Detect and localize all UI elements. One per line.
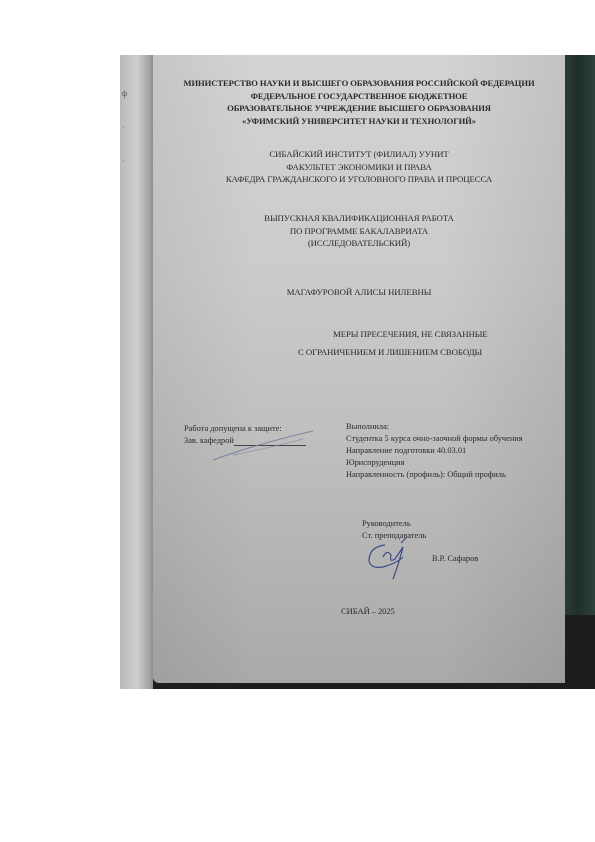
institute-line: СИБАЙСКИЙ ИНСТИТУТ (ФИЛИАЛ) УУНИТ bbox=[153, 148, 565, 161]
performed-by-label: Выполнила: bbox=[346, 421, 523, 433]
header-line: МИНИСТЕРСТВО НАУКИ И ВЫСШЕГО ОБРАЗОВАНИЯ… bbox=[153, 77, 565, 90]
student-course: Студентка 5 курса очно-заочной формы обу… bbox=[346, 433, 523, 445]
institute-block: СИБАЙСКИЙ ИНСТИТУТ (ФИЛИАЛ) УУНИТ ФАКУЛЬ… bbox=[153, 148, 565, 186]
header-line: ФЕДЕРАЛЬНОЕ ГОСУДАРСТВЕННОЕ БЮДЖЕТНОЕ bbox=[153, 90, 565, 103]
left-facing-page-edge: ф·· bbox=[120, 55, 153, 689]
title-page-photo: ф·· МИНИСТЕРСТВО НАУКИ И ВЫСШЕГО ОБРАЗОВ… bbox=[120, 55, 595, 689]
green-binder-background bbox=[565, 55, 595, 615]
institute-line: КАФЕДРА ГРАЖДАНСКОГО И УГОЛОВНОГО ПРАВА … bbox=[153, 173, 565, 186]
work-type-line: ПО ПРОГРАММЕ БАКАЛАВРИАТА bbox=[153, 225, 565, 238]
header-line: ОБРАЗОВАТЕЛЬНОЕ УЧРЕЖДЕНИЕ ВЫСШЕГО ОБРАЗ… bbox=[153, 102, 565, 115]
work-type-line: (ИССЛЕДОВАТЕЛЬСКИЙ) bbox=[153, 237, 565, 250]
ministry-header: МИНИСТЕРСТВО НАУКИ И ВЫСШЕГО ОБРАЗОВАНИЯ… bbox=[153, 77, 565, 127]
specialty: Юриспруденция bbox=[346, 457, 523, 469]
work-type-block: ВЫПУСКНАЯ КВАЛИФИКАЦИОННАЯ РАБОТА ПО ПРО… bbox=[153, 212, 565, 250]
supervisor-label: Руководитель bbox=[362, 518, 426, 530]
supervisor-signature-icon bbox=[363, 533, 423, 583]
profile: Направленность (профиль): Общий профиль bbox=[346, 469, 523, 481]
institute-line: ФАКУЛЬТЕТ ЭКОНОМИКИ И ПРАВА bbox=[153, 161, 565, 174]
work-type-line: ВЫПУСКНАЯ КВАЛИФИКАЦИОННАЯ РАБОТА bbox=[153, 212, 565, 225]
thesis-title-line-1: МЕРЫ ПРЕСЕЧЕНИЯ, НЕ СВЯЗАННЫЕ bbox=[333, 328, 488, 341]
study-direction: Направление подготовки 40.03.01 bbox=[346, 445, 523, 457]
performed-by-block: Выполнила: Студентка 5 курса очно-заочно… bbox=[346, 421, 523, 481]
title-page-sheet: МИНИСТЕРСТВО НАУКИ И ВЫСШЕГО ОБРАЗОВАНИЯ… bbox=[153, 55, 565, 683]
left-page-marks: ф·· bbox=[122, 77, 127, 179]
header-line: «УФИМСКИЙ УНИВЕРСИТЕТ НАУКИ И ТЕХНОЛОГИЙ… bbox=[153, 115, 565, 128]
author-name: МАГАФУРОВОЙ АЛИСЫ НИЛЕВНЫ bbox=[153, 286, 565, 299]
head-signature-icon bbox=[203, 425, 323, 465]
supervisor-name: В.Р. Сафаров bbox=[432, 553, 478, 565]
thesis-title-line-2: С ОГРАНИЧЕНИЕМ И ЛИШЕНИЕМ СВОБОДЫ bbox=[298, 346, 482, 359]
city-year: СИБАЙ – 2025 bbox=[341, 605, 395, 618]
